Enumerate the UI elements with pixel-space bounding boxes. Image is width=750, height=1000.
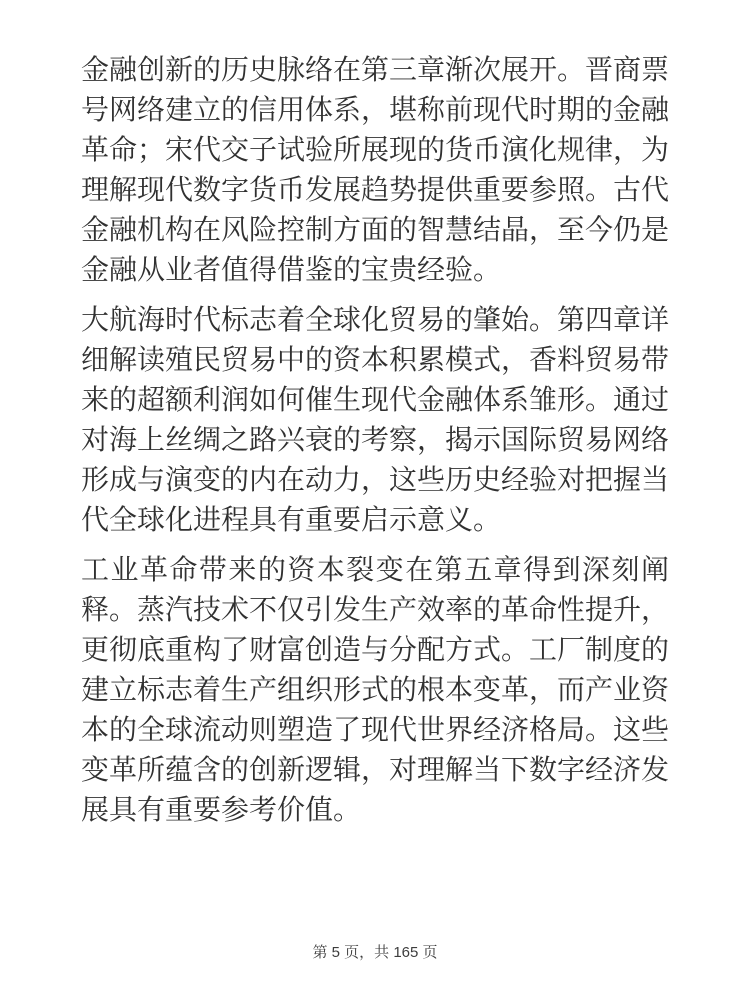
paragraph-chapter-three: 金融创新的历史脉络在第三章渐次展开。晋商票号网络建立的信用体系，堪称前现代时期的… — [81, 50, 669, 290]
page-content: 金融创新的历史脉络在第三章渐次展开。晋商票号网络建立的信用体系，堪称前现代时期的… — [81, 50, 669, 830]
paragraph-chapter-five: 工业革命带来的资本裂变在第五章得到深刻阐释。蒸汽技术不仅引发生产效率的革命性提升… — [81, 550, 669, 830]
paragraph-chapter-four: 大航海时代标志着全球化贸易的肇始。第四章详细解读殖民贸易中的资本积累模式，香料贸… — [81, 300, 669, 540]
document-page: 金融创新的历史脉络在第三章渐次展开。晋商票号网络建立的信用体系，堪称前现代时期的… — [0, 0, 750, 1000]
page-number-footer: 第 5 页，共 165 页 — [0, 943, 750, 963]
